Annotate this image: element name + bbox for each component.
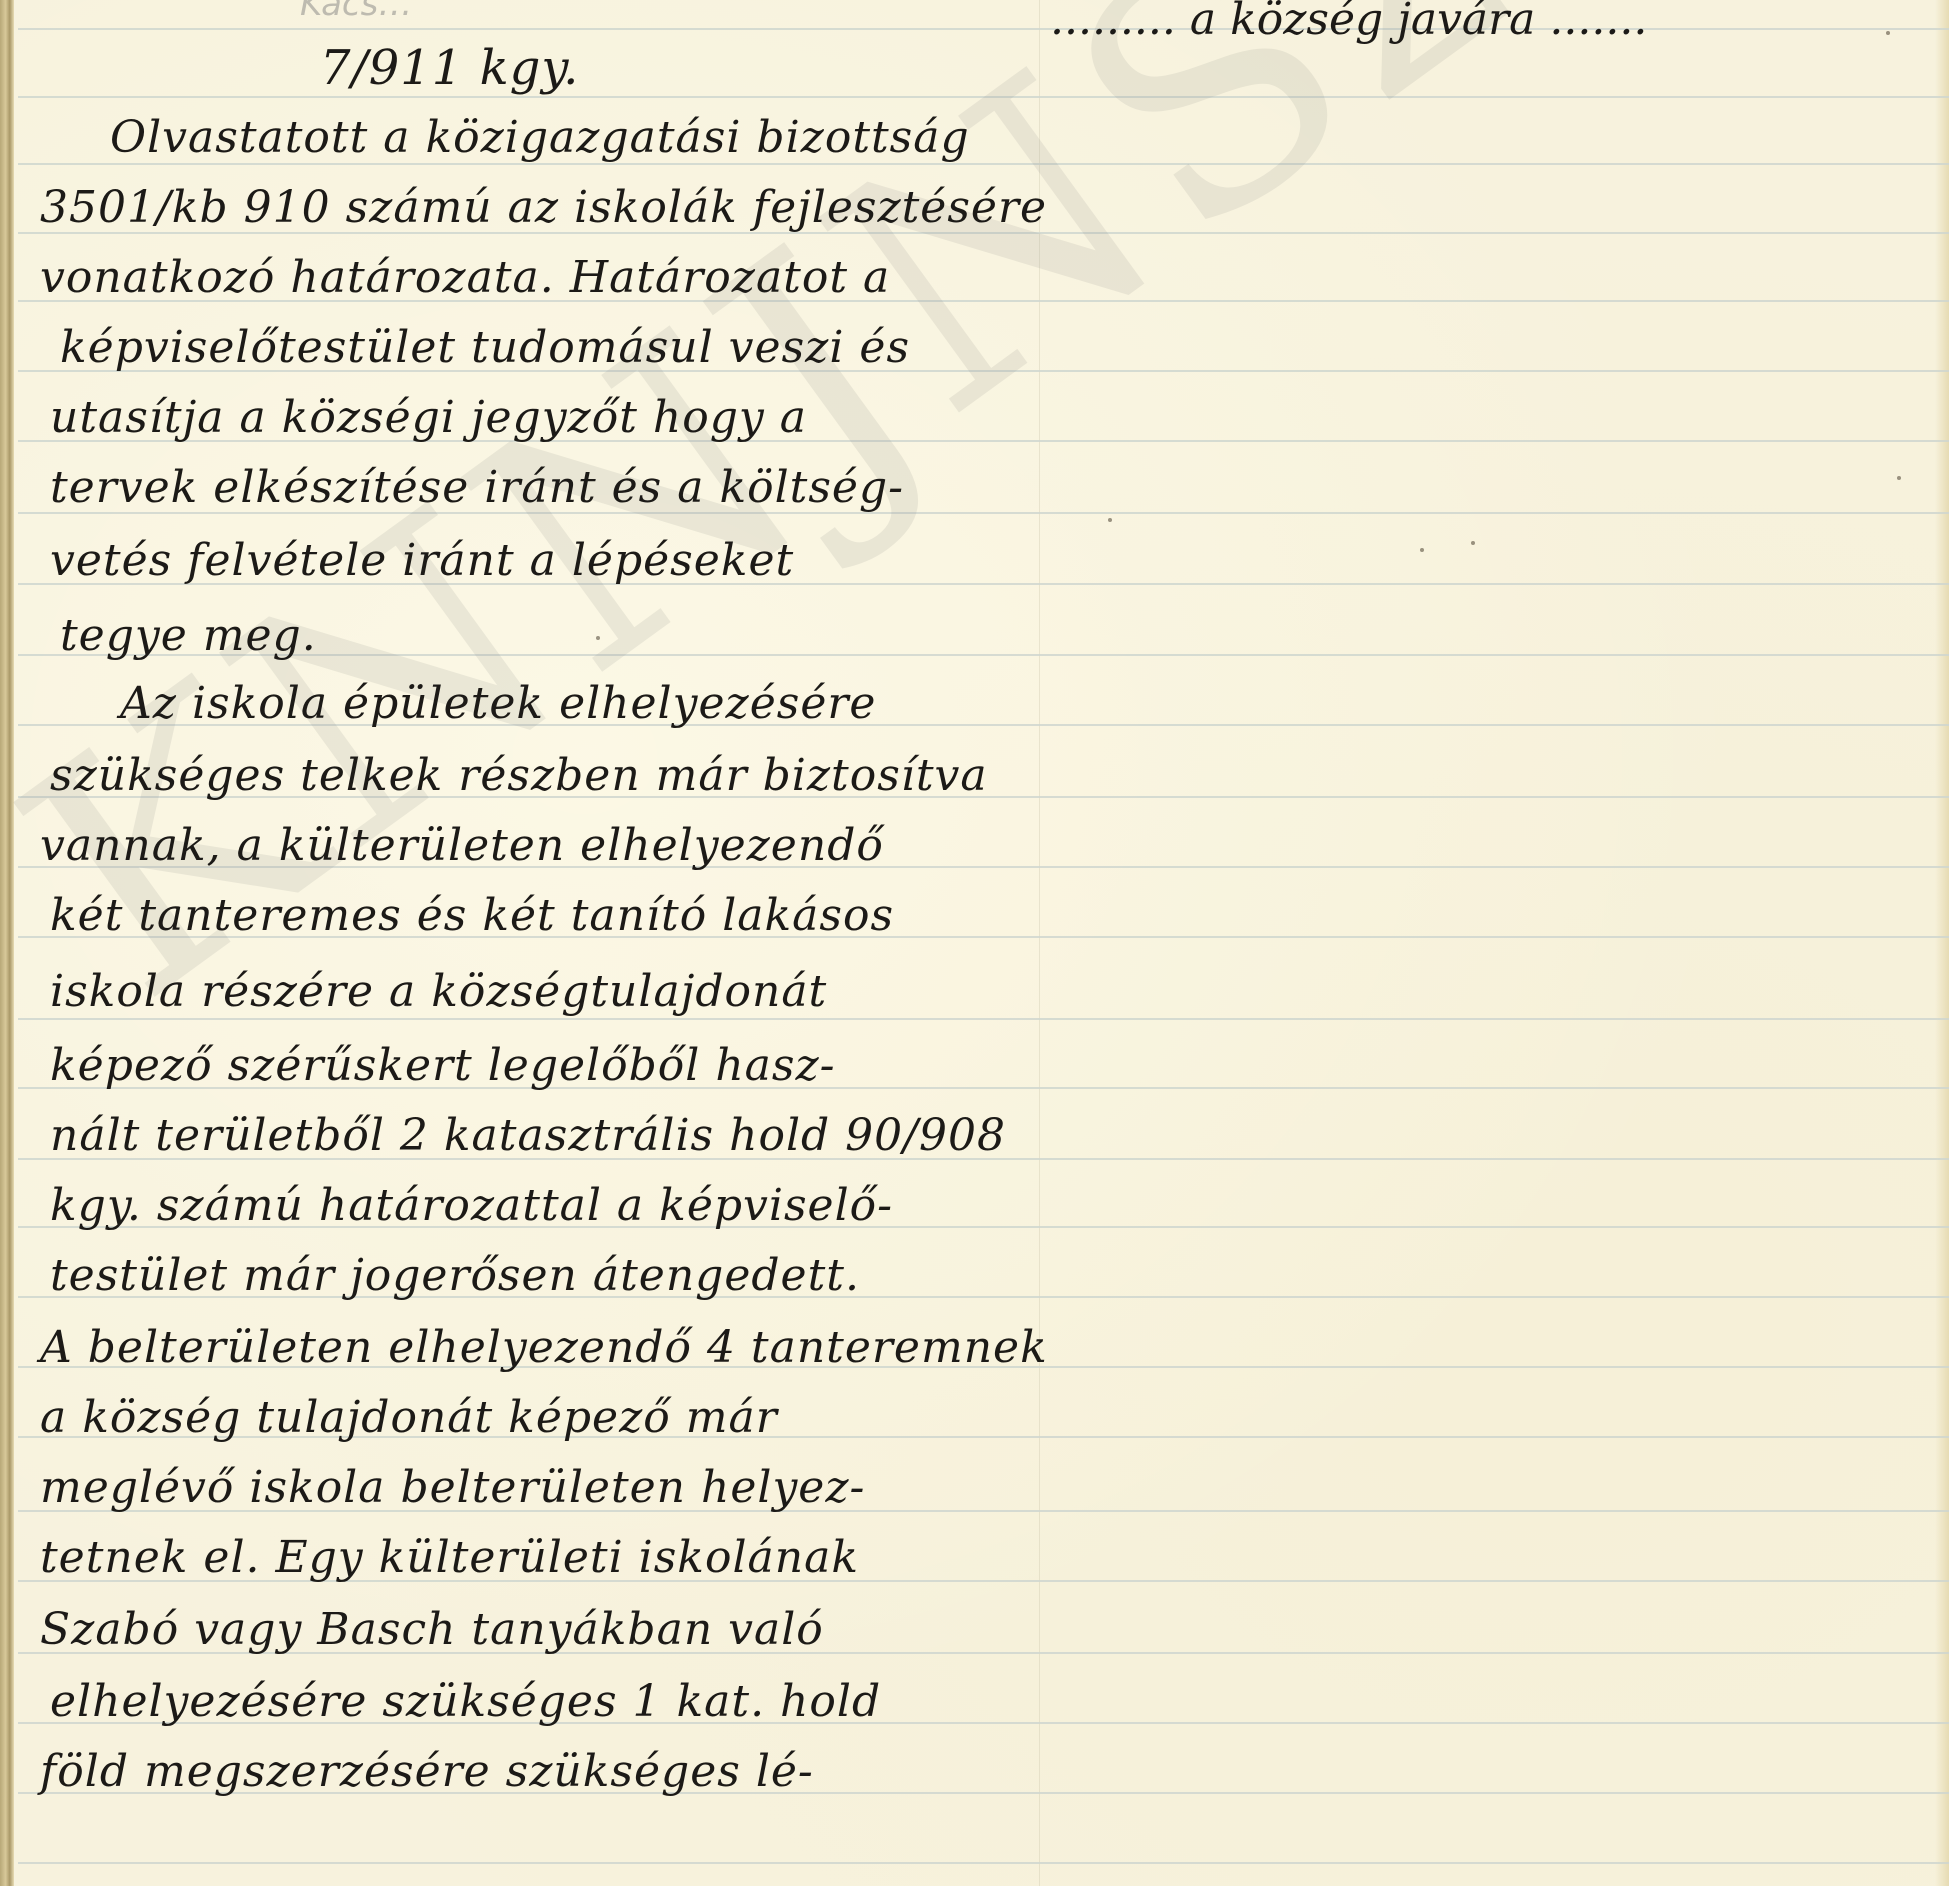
ledger-page: KNNJNSzVL Kacs… ......... a község javár… (0, 0, 1949, 1886)
ruled-line (18, 1018, 1949, 1020)
right-column-carryover-line: ......... a község javára ....... (1050, 0, 1647, 45)
pencil-annotation: Kacs… (300, 0, 412, 24)
paper-speck (1886, 31, 1890, 35)
page-right-edge (1935, 0, 1949, 1886)
paper-speck (1108, 518, 1112, 522)
text-line: két tanteremes és két tanító lakásos (50, 890, 894, 941)
ruled-line (18, 28, 1949, 30)
text-line: tegye meg. (60, 610, 317, 661)
paper-speck (1897, 476, 1901, 480)
ruled-line (18, 1862, 1949, 1864)
text-line: 3501/kb 910 számú az iskolák fejlesztésé… (40, 182, 1047, 233)
text-line: a község tulajdonát képező már (40, 1392, 778, 1443)
text-line: Az iskola épületek elhelyezésére (120, 678, 876, 729)
text-line: A belterületen elhelyezendő 4 tanteremne… (40, 1322, 1048, 1373)
paper-speck (596, 636, 600, 640)
text-line: Olvastatott a közigazgatási bizottság (110, 112, 970, 163)
text-line: vetés felvétele iránt a lépéseket (50, 535, 794, 586)
text-line: kgy. számú határozattal a képviselő- (50, 1180, 893, 1231)
text-line: tervek elkészítése iránt és a költség- (50, 462, 904, 513)
text-line: Szabó vagy Basch tanyákban való (40, 1604, 824, 1655)
ruled-line (18, 163, 1949, 165)
entry-heading: 7/911 kgy. (320, 40, 579, 96)
text-line: tetnek el. Egy külterületi iskolának (40, 1532, 859, 1583)
text-line: testület már jogerősen átengedett. (50, 1250, 860, 1301)
paper-speck (1471, 541, 1475, 545)
text-line: utasítja a községi jegyzőt hogy a (50, 392, 807, 443)
text-line: képviselőtestület tudomásul veszi és (60, 322, 910, 373)
column-divider (1039, 0, 1040, 1886)
text-line: képező szérűskert legelőből hasz- (50, 1040, 836, 1091)
text-line: iskola részére a községtulajdonát (50, 966, 827, 1017)
ruled-line (18, 96, 1949, 98)
text-line: föld megszerzésére szükséges lé- (40, 1746, 814, 1797)
text-line: szükséges telkek részben már biztosítva (50, 750, 988, 801)
text-line: elhelyezésére szükséges 1 kat. hold (50, 1676, 881, 1727)
paper-speck (1420, 548, 1424, 552)
text-line: vonatkozó határozata. Határozatot a (40, 252, 890, 303)
text-line: nált területből 2 katasztrális hold 90/9… (50, 1110, 1006, 1161)
book-binding-edge (0, 0, 14, 1886)
text-line: vannak, a külterületen elhelyezendő (40, 820, 884, 871)
text-line: meglévő iskola belterületen helyez- (40, 1462, 865, 1513)
